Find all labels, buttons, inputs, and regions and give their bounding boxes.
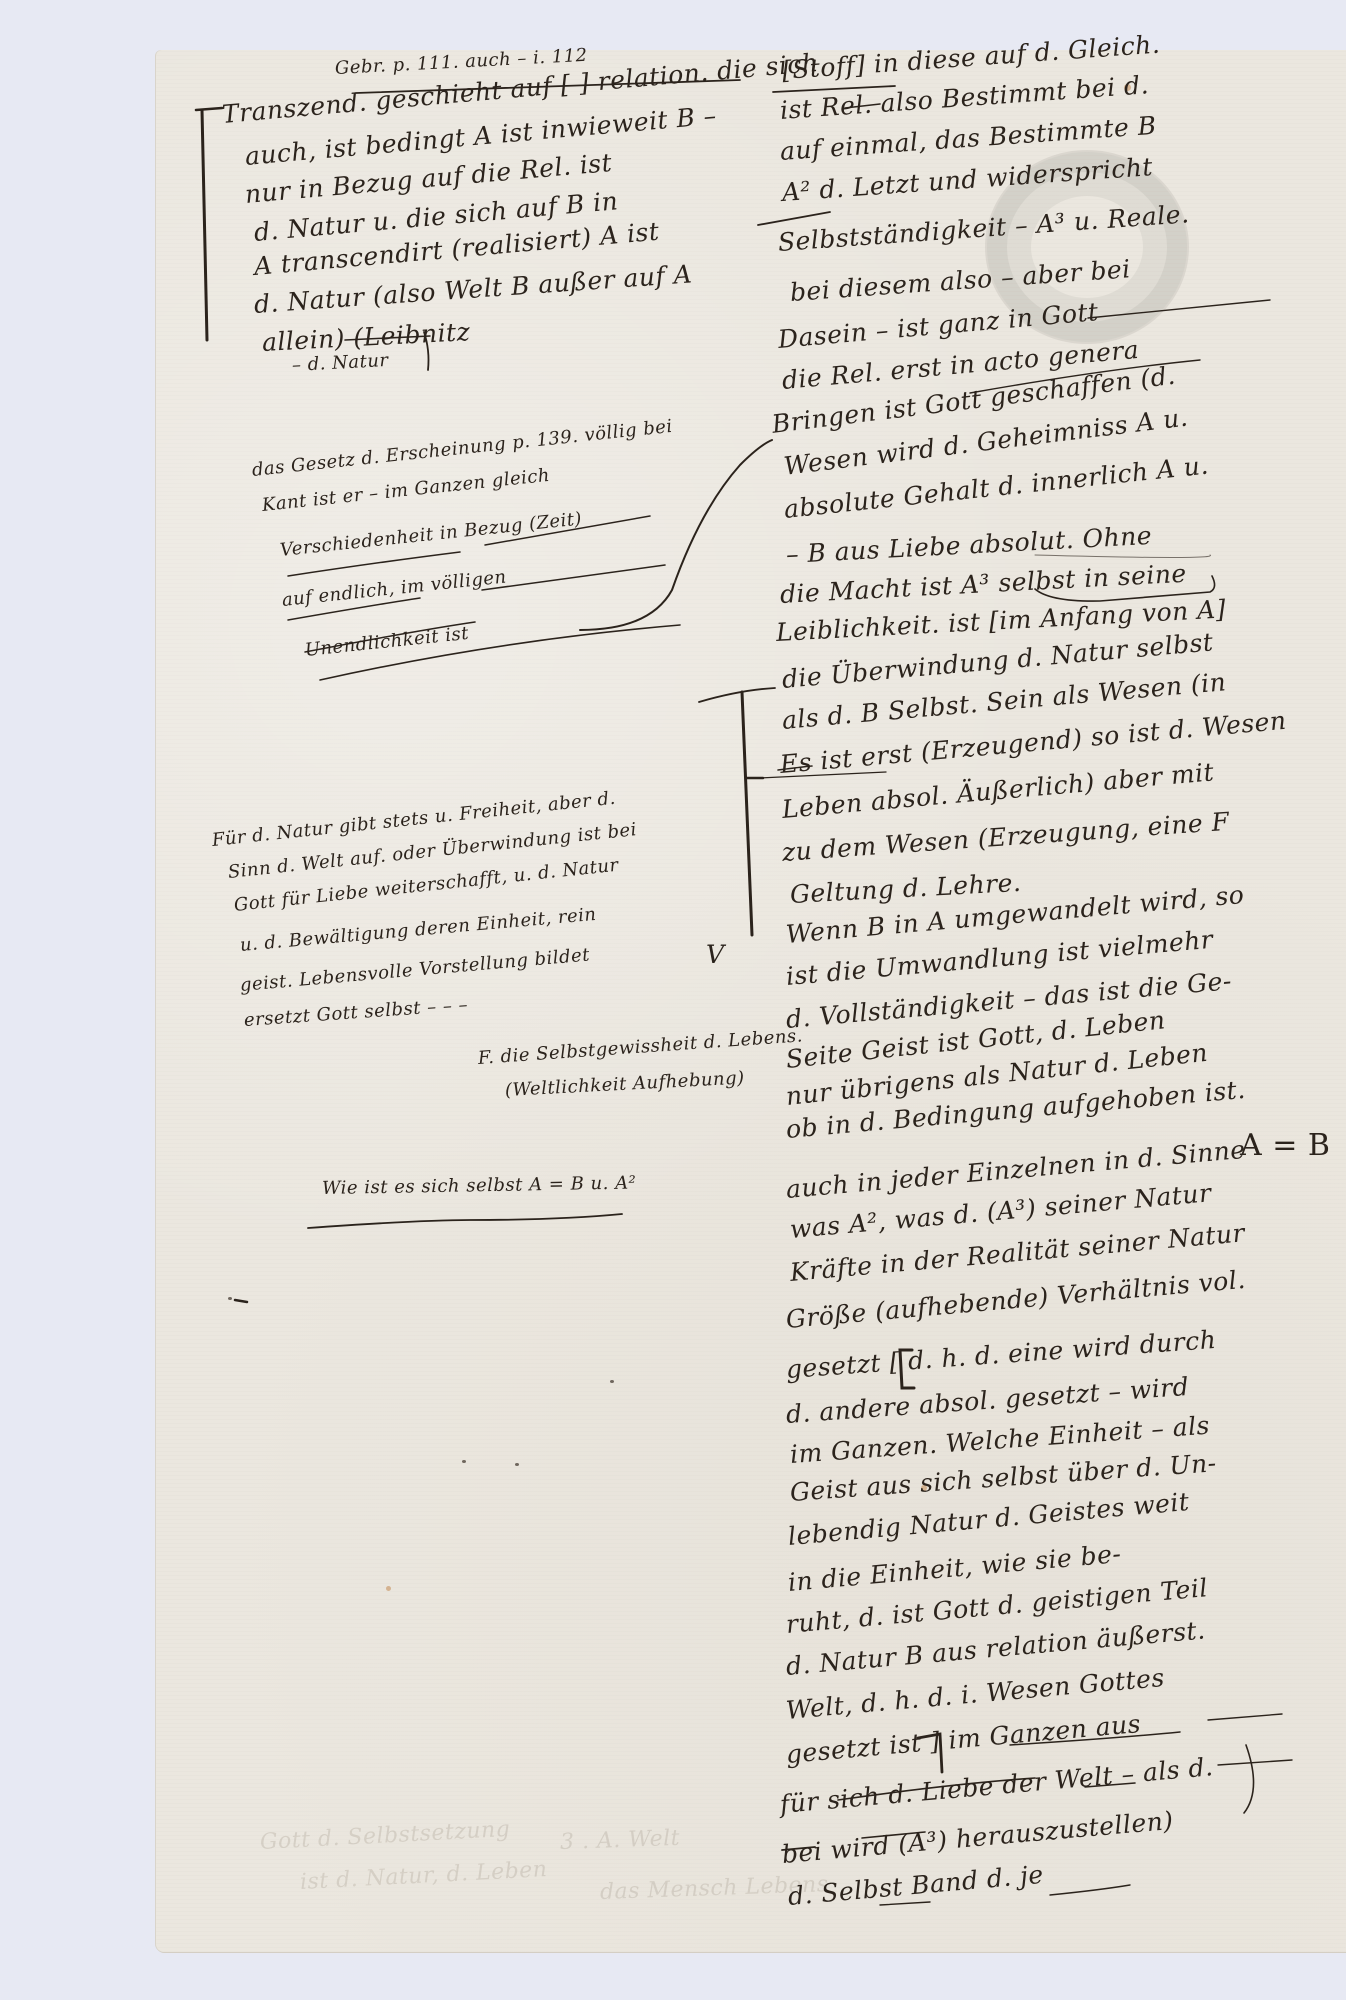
paper-speck xyxy=(228,1297,232,1300)
paper-speck xyxy=(610,1380,614,1383)
foxing-stain xyxy=(386,1586,391,1591)
block3-marker: V xyxy=(706,940,725,969)
right-formula: A = B xyxy=(1240,1128,1330,1163)
paper-speck xyxy=(515,1463,519,1466)
paper-speck xyxy=(462,1460,466,1463)
